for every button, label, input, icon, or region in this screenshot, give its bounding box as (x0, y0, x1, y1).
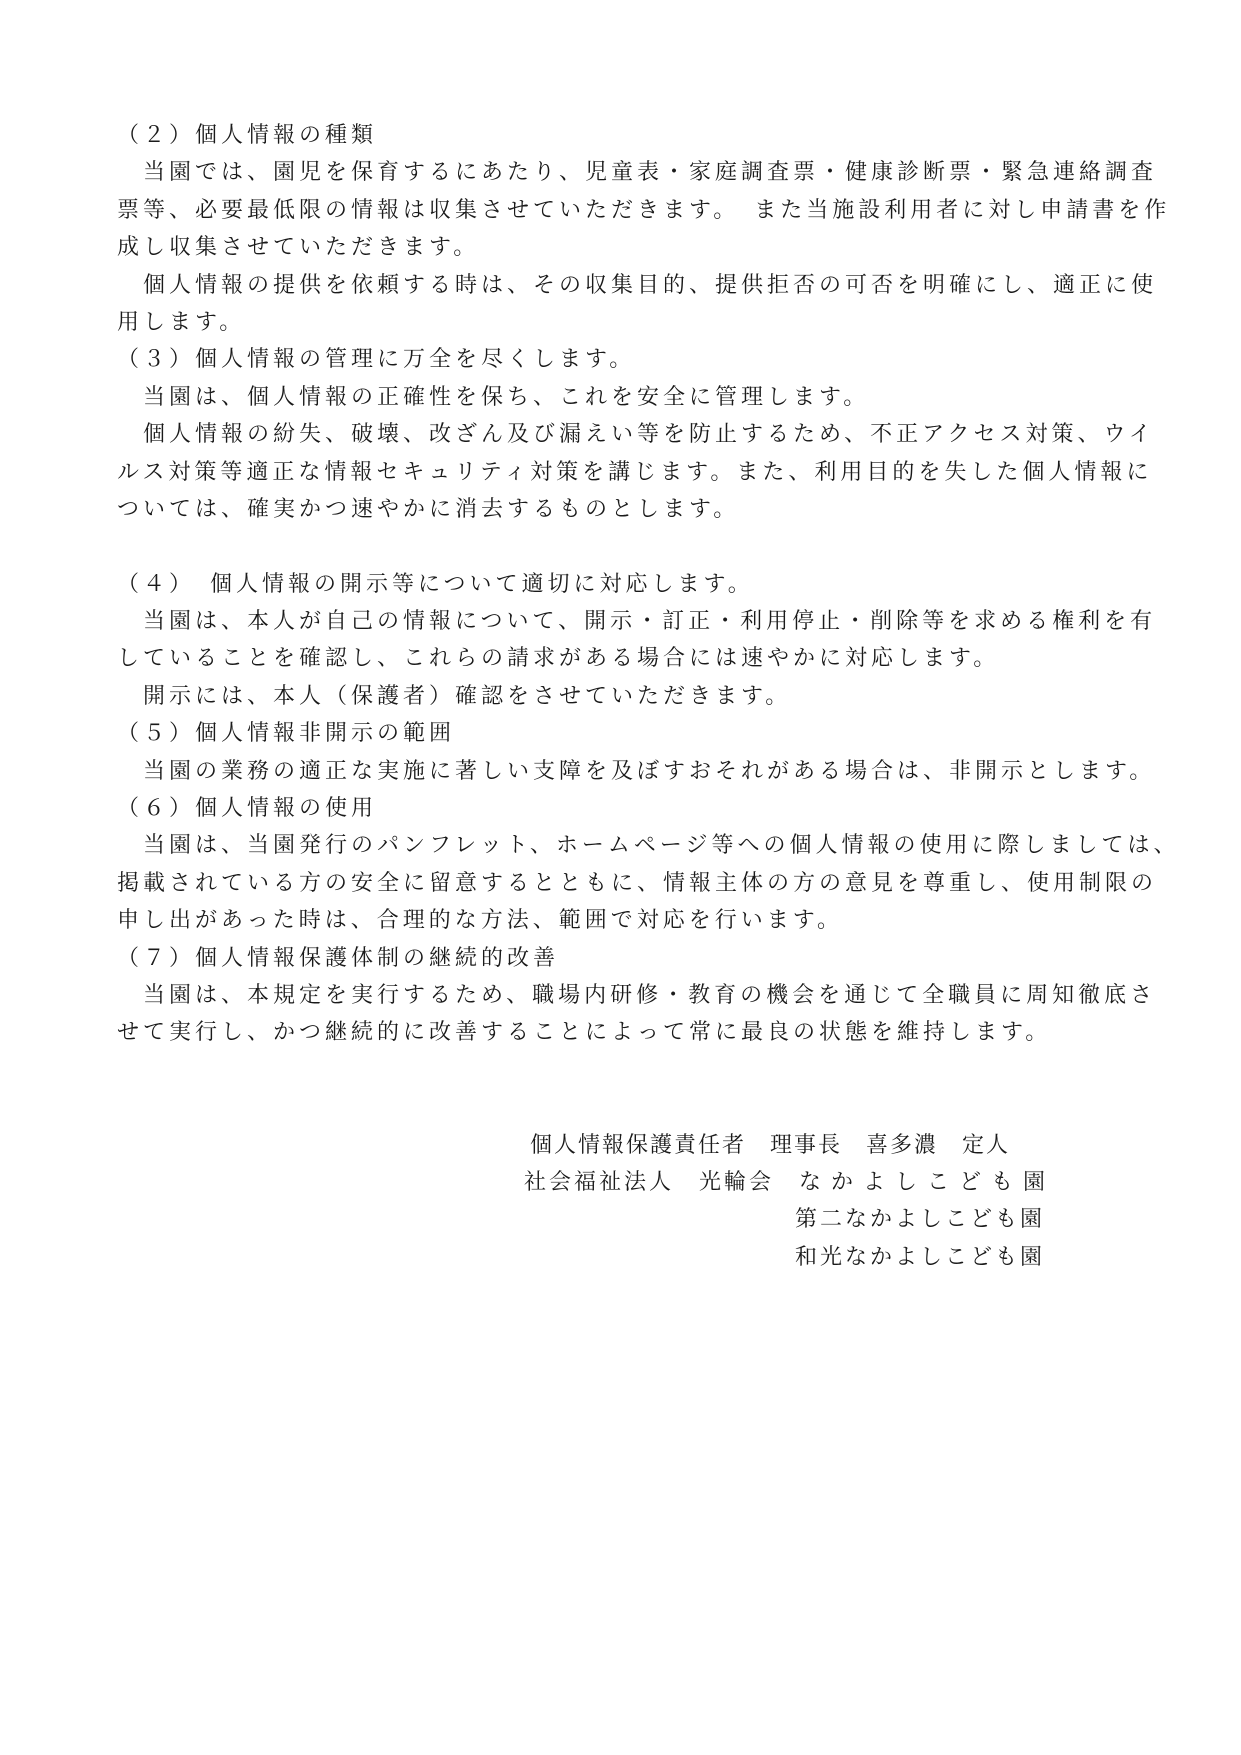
text-line: 当園は、本規定を実行するため、職場内研修・教育の機会を通じて全職員に周知徹底さ (0, 976, 1241, 1013)
text-line: 個人情報の紛失、破壊、改ざん及び漏えい等を防止するため、不正アクセス対策、ウイ (0, 415, 1241, 452)
text-line: ついては、確実かつ速やかに消去するものとします。 (0, 490, 1241, 527)
signature-responsible-person: 個人情報保護責任者 理事長 喜多濃 定人 (0, 1126, 1241, 1163)
text-line: していることを確認し、これらの請求がある場合には速やかに対応します。 (0, 639, 1241, 676)
text-line: 票等、必要最低限の情報は収集させていただきます。 また当施設利用者に対し申請書を… (0, 191, 1241, 228)
text-line: 当園では、園児を保育するにあたり、児童表・家庭調査票・健康診断票・緊急連絡調査 (0, 153, 1241, 190)
signature-corporation-name: 社会福祉法人 光輪会 (524, 1169, 799, 1194)
text-line: 用します。 (0, 303, 1241, 340)
text-line: 開示には、本人（保護者）確認をさせていただきます。 (0, 677, 1241, 714)
text-line: （６）個人情報の使用 (0, 789, 1241, 826)
text-line: （７）個人情報保護体制の継続的改善 (0, 939, 1241, 976)
text-line: 当園は、本人が自己の情報について、開示・訂正・利用停止・削除等を求める権利を有 (0, 602, 1241, 639)
policy-body: （２）個人情報の種類当園では、園児を保育するにあたり、児童表・家庭調査票・健康診… (0, 0, 1241, 1051)
signature-corporation-facility: 社会福祉法人 光輪会 なかよしこども園 (0, 1163, 1241, 1200)
text-line: 当園は、当園発行のパンフレット、ホームページ等への個人情報の使用に際しましては、 (0, 826, 1241, 863)
text-line: 成し収集させていただきます。 (0, 228, 1241, 265)
text-line: 当園は、個人情報の正確性を保ち、これを安全に管理します。 (0, 378, 1241, 415)
text-line: ルス対策等適正な情報セキュリティ対策を講じます。また、利用目的を失した個人情報に (0, 453, 1241, 490)
text-line: 個人情報の提供を依頼する時は、その収集目的、提供拒否の可否を明確にし、適正に使 (0, 266, 1241, 303)
signature-facility-name-1: なかよしこども園 (799, 1169, 1055, 1194)
text-line: （２）個人情報の種類 (0, 116, 1241, 153)
signature-facility-name-2: 第二なかよしこども園 (0, 1200, 1241, 1237)
document-page: （２）個人情報の種類当園では、園児を保育するにあたり、児童表・家庭調査票・健康診… (0, 0, 1241, 1755)
blank-line (0, 527, 1241, 564)
text-line: （４） 個人情報の開示等について適切に対応します。 (0, 565, 1241, 602)
text-line: 申し出があった時は、合理的な方法、範囲で対応を行います。 (0, 901, 1241, 938)
text-line: （３）個人情報の管理に万全を尽くします。 (0, 340, 1241, 377)
signature-block: 個人情報保護責任者 理事長 喜多濃 定人 社会福祉法人 光輪会 なかよしこども園… (0, 1126, 1241, 1276)
text-line: 当園の業務の適正な実施に著しい支障を及ぼすおそれがある場合は、非開示とします。 (0, 752, 1241, 789)
text-line: （５）個人情報非開示の範囲 (0, 714, 1241, 751)
signature-facility-name-3: 和光なかよしこども園 (0, 1238, 1241, 1275)
text-line: せて実行し、かつ継続的に改善することによって常に最良の状態を維持します。 (0, 1013, 1241, 1050)
text-line: 掲載されている方の安全に留意するとともに、情報主体の方の意見を尊重し、使用制限の (0, 864, 1241, 901)
